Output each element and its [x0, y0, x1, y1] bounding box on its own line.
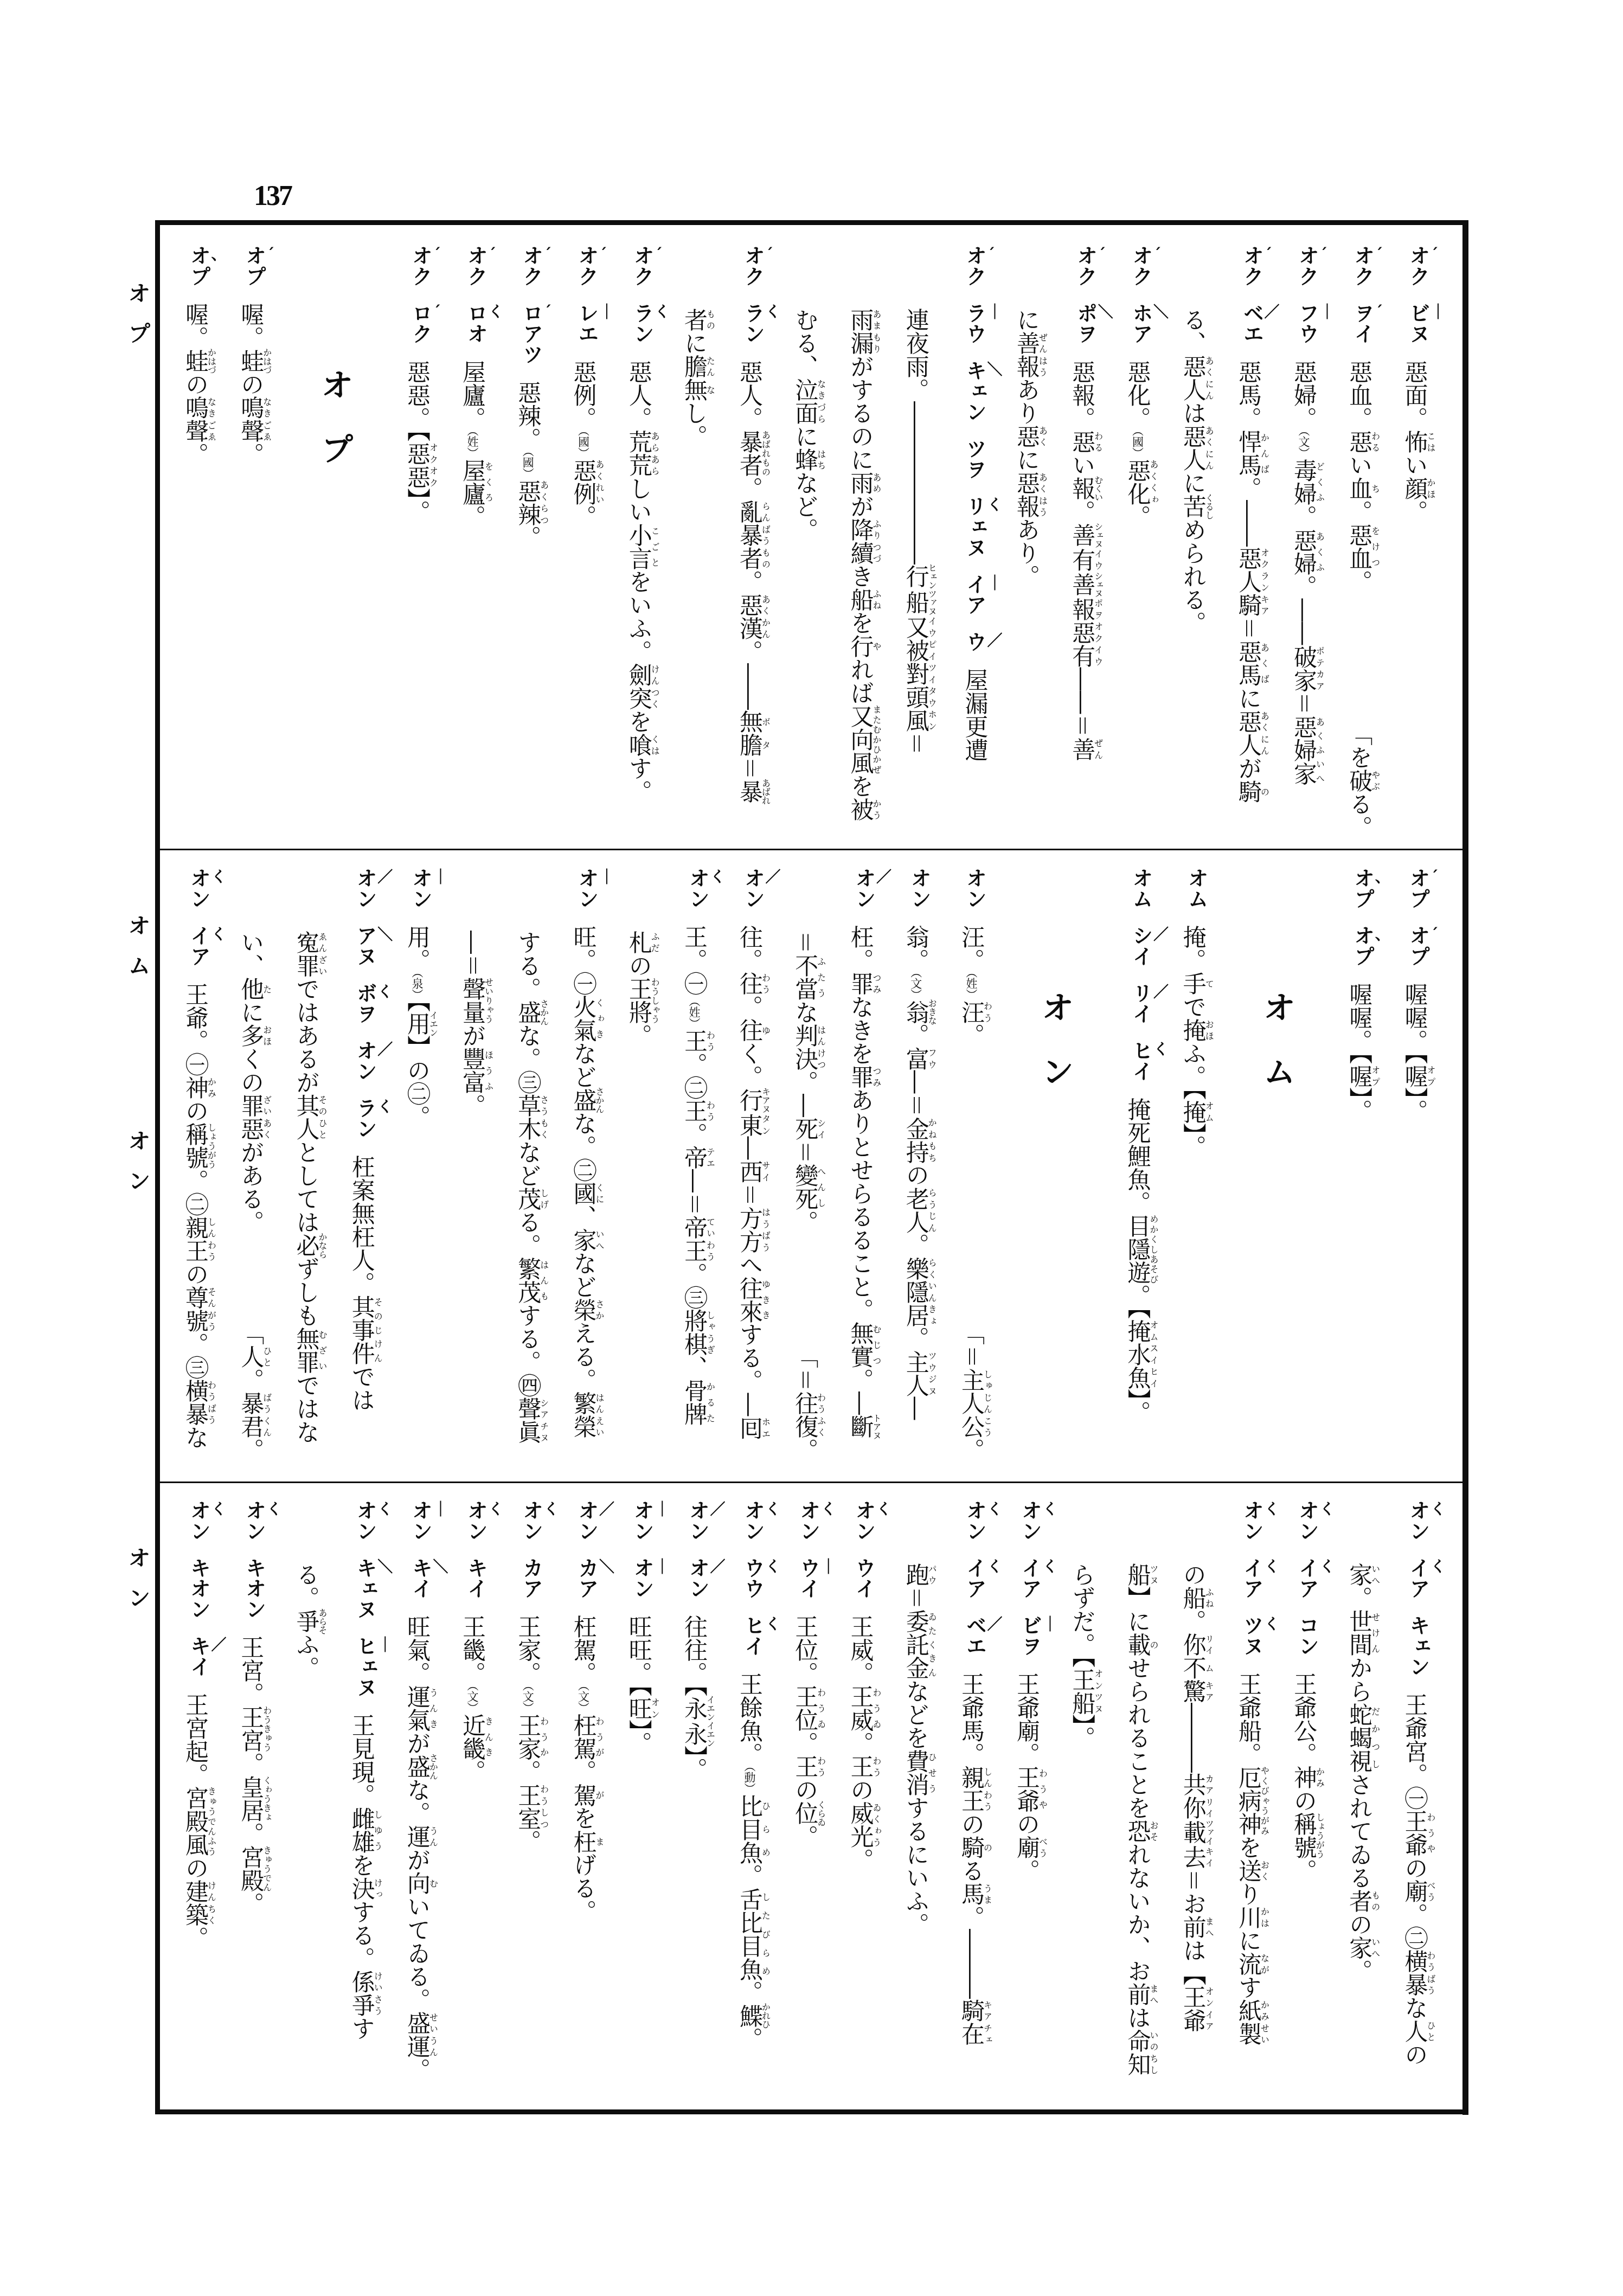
furigana: ヒェン [927, 563, 937, 589]
syllable-kana: シイ [1129, 925, 1153, 966]
furigana: けんつく [650, 663, 660, 710]
entry-text: 往。往わう。往ゆく。行キアヌ東タン―西サイ＝方方はうばうへ往來ゆききする。―囘ホ… [736, 925, 770, 1440]
tone-mark-icon: ＼ [377, 927, 393, 942]
headword-syllable: キイ＼ [409, 1557, 431, 1599]
furigana-word: 其事件そのじけん [348, 1295, 375, 1365]
furigana-word: 王オン [1179, 1985, 1207, 2009]
furigana-word: 豐富ほうふ [459, 1047, 486, 1094]
furigana: イウ [1093, 644, 1104, 668]
section-heading-glyph: ン [1042, 1056, 1074, 1088]
entry-text: 惡馬。悍馬かんば。――惡オク人ラン騎キア＝惡馬あくばに惡人あくにんが騎の [1235, 360, 1269, 803]
furigana-word: 聲量せいりゃう [459, 977, 486, 1024]
furigana-word: 往來ゆきき [736, 1277, 763, 1323]
furigana-word: 王わう [791, 1755, 818, 1778]
dictionary-entry: オンくイアくキェン王爺宮。㊀王爺わうやの廟べう。㊁横暴わうばうな人ひとの [1391, 1500, 1445, 2094]
furigana-word: 家いへ [570, 1228, 597, 1252]
furigana-word: 在チェ [958, 2022, 985, 2045]
entry-text: 喔。蛙かはづの鳴聲なきごゑ。 [237, 303, 271, 466]
furigana-word: 又イウ [902, 615, 929, 639]
furigana-word: 惡人あくにん [1235, 710, 1262, 756]
furigana: あくはう [1038, 471, 1048, 518]
headword-reading: オク´ポヲ＼ [1075, 245, 1096, 360]
furigana-word: 行や [847, 634, 874, 658]
tone-mark-icon: く [1264, 1617, 1279, 1632]
syllable-kana: キェン [963, 360, 986, 422]
syllable-kana: ラン [741, 303, 765, 344]
furigana: やぶ [1370, 769, 1381, 792]
syllable-kana: キオン [187, 1557, 211, 1619]
tone-mark-icon: ´ [433, 247, 440, 262]
furigana-word: 横暴わうばう [182, 1379, 209, 1426]
tone-mark-icon: ＼ [987, 362, 1002, 377]
furigana: の [1259, 780, 1269, 803]
furigana-word: 屋廬をくろ [459, 459, 486, 505]
dictionary-entry: オク´ラウ｜キェン＼ツヲリェヌくイア｜ウ／屋漏更遭 [947, 245, 1002, 839]
furigana-word: 恐おそ [1124, 1819, 1151, 1843]
furigana-word: 前まへ [1179, 1915, 1207, 1939]
furigana: わう [761, 972, 771, 995]
dictionary-entry: オンくイアくベエ／王爺馬。親王しんわうの騎のる馬うま。―――騎キア在チェ [947, 1500, 1002, 2094]
entry-text: 掩死鯉魚。目隱遊めかくしあそび。【掩オム水スイ魚ヒイ】。 [1124, 1098, 1158, 1424]
furigana: はんえい [594, 1391, 605, 1438]
tone-mark-icon: く [1430, 1560, 1446, 1575]
furigana-word: 其人そのひと [293, 1094, 320, 1140]
tone-mark-icon: ／ [987, 633, 1002, 649]
tone-mark-icon: ｜ [821, 1560, 836, 1575]
furigana-word: 係爭けいさう [348, 1970, 375, 2017]
furigana-word: 蜂はち [791, 448, 818, 471]
furigana: おく [1259, 1859, 1269, 1882]
headword-syllable: オンく [687, 868, 708, 909]
furigana-word: 手て [1179, 972, 1207, 995]
furigana-word: 鰈かれひ [736, 2004, 763, 2028]
tone-mark-icon: く [655, 305, 670, 320]
headword-reading: オンくキイ [465, 1500, 487, 1615]
furigana: そんがう [207, 1286, 217, 1332]
tone-mark-icon: ｜ [1043, 1617, 1058, 1632]
entry-text: 惡化。（國）惡化あくくゎ。 [1124, 360, 1158, 529]
dictionary-entry: オンくイアく王爺。㊀神かみの稱號しょうがう。㊁親王しんわうの尊號そんがう。㊂横暴… [172, 868, 226, 1461]
furigana-word: 有イウ [1068, 548, 1095, 572]
syllable-kana: イア [1406, 1557, 1430, 1599]
furigana-word: 家いへ [1345, 1936, 1372, 1959]
tone-mark-icon: く [987, 498, 1002, 513]
syllable-kana: オム [1184, 868, 1208, 909]
headword-syllable: オプ´ [1407, 925, 1429, 966]
tone-mark-icon: ｜ [987, 576, 1002, 591]
headword-reading: オン／ [742, 868, 764, 925]
furigana: ツヌ [1149, 1563, 1159, 1586]
furigana: ゆ [761, 1018, 771, 1042]
syllable-kana: オク [963, 245, 986, 286]
syllable-kana: オプ [242, 245, 266, 286]
furigana-word: 惡漢あくかん [736, 593, 763, 640]
dictionary-entry: オン／往。往わう。往ゆく。行キアヌ東タン―西サイ＝方方はうばうへ往來ゆききする。… [726, 868, 780, 1461]
furigana-word: 建築けんちく [182, 1880, 209, 1926]
furigana-word: 惡婦あくふ [1290, 529, 1317, 575]
syllable-kana: オク [575, 245, 599, 286]
syllable-kana: オン [852, 868, 876, 909]
dictionary-entry: オン翁。（文）翁おきな。富フウ―＝金持かねもちの老人らうじん。樂隱居らくいんきょ… [892, 868, 946, 1461]
tone-mark-icon: ´ [599, 247, 607, 262]
furigana: かみ [207, 1076, 217, 1099]
entry-text: 王爺宮。㊀王爺わうやの廟べう。㊁横暴わうばうな人ひとの [1401, 1693, 1435, 2066]
furigana: ヒイ [1149, 1366, 1159, 1389]
headword-syllable: オク´ [964, 245, 985, 286]
furigana-word: 行ヒェン [902, 565, 929, 589]
furigana: わうゐ [816, 1685, 826, 1731]
furigana-word: 惡わる [1345, 430, 1372, 453]
tone-mark-icon: ´ [1264, 247, 1272, 262]
entry-text: 用。（泉）【用イエン】の㊁。 [403, 925, 438, 1128]
furigana-word: 金持かねもち [902, 1117, 929, 1164]
headword-syllable: オプ´ [1407, 868, 1429, 909]
section-heading-glyph: オ [1263, 992, 1295, 1024]
furigana-word: 罪つみ [847, 972, 874, 995]
syllable-kana: イア [1018, 1557, 1042, 1599]
furigana: ポテ [1315, 645, 1325, 669]
furigana-word: 王オン [1068, 1668, 1095, 1691]
furigana-word: 騎キア [958, 1999, 985, 2022]
furigana: さかん [539, 999, 549, 1025]
syllable-kana: ビヲ [1018, 1615, 1042, 1656]
entry-text: 汪。（姓）汪わう。 [958, 925, 992, 1047]
headword-syllable: フウ｜ [1297, 303, 1318, 344]
tone-mark-icon: く [377, 985, 393, 1000]
furigana-word: 惡辣あくらつ [514, 479, 541, 526]
headword-reading: オン／ [853, 868, 875, 925]
tone-mark-icon: く [489, 305, 504, 320]
headword-syllable: キェン [1407, 1615, 1429, 1677]
entry-text: 王爺公。神かみの稱號しょうがう。 [1290, 1672, 1324, 1882]
dictionary-entry: オンくキオンキイ／王宮起。宮殿風きゅうでんふうの建築けんちく。 [172, 1500, 226, 2094]
entry-text: 家いへ。世間せけんから蛇蝎視だかつしされてゐる者ものの家いへ。 [1345, 1563, 1380, 1983]
furigana-word: 顔かほ [1401, 477, 1428, 500]
furigana-word: 盛さかん [514, 1001, 541, 1024]
furigana-word: 去キイ [1179, 1845, 1207, 1869]
syllable-kana: ツヌ [1240, 1615, 1263, 1656]
entry-text: 連夜雨。―――――――行ヒェン船ツァヌ又イウ被ピイ對ツイ頭タウ風ホン＝ [902, 308, 936, 755]
furigana-word: 近畿きんき [459, 1714, 486, 1760]
furigana-word: 神かみ [1290, 1766, 1317, 1789]
entry-text: 枉駕。（文）枉駕わうが。駕がを枉まげる。 [570, 1615, 604, 1923]
furigana: あばれもの [761, 430, 771, 477]
headword-syllable: オプ、 [1352, 925, 1374, 966]
furigana-word: 斷トアヌ [847, 1415, 874, 1440]
headword-syllable: ロアツ´ [521, 303, 542, 364]
furigana-word: 稱號しょうがう [1290, 1812, 1317, 1859]
furigana: チェ [982, 2022, 992, 2045]
syllable-kana: オン [1406, 1500, 1430, 1541]
entry-continuation: る、惡人あくにんは惡人あくにんに苦くるしめられる。 [1169, 245, 1223, 839]
headword-syllable: オンく [188, 1500, 210, 1541]
furigana-word: 爭あらそ [293, 1609, 320, 1633]
furigana-word: 無罪むざい [293, 1327, 320, 1374]
syllable-kana: オン [1240, 1500, 1263, 1541]
syllable-kana: オン [408, 1500, 432, 1541]
furigana: や [871, 634, 882, 658]
headword-reading: オンくウイ [853, 1500, 875, 1615]
syllable-kana: オン [852, 1500, 876, 1541]
headword-syllable: リェヌく [964, 496, 985, 557]
headword-reading: オク´ロオく [465, 245, 487, 360]
furigana-word: 報むくい [1068, 477, 1095, 500]
entry-continuation: る。爭あらそふ。 [283, 1500, 337, 2094]
furigana-word: 變死へんし [791, 1164, 818, 1210]
furigana-word: 永イエン [681, 1721, 708, 1746]
furigana: かはづ [262, 348, 272, 374]
dictionary-entry: オク´ロク´惡惡。【惡オク惡オク】。 [393, 245, 447, 839]
syllable-kana: オム [1129, 868, 1153, 909]
furigana: タ [761, 733, 771, 756]
furigana: まへ [1204, 1915, 1214, 1939]
furigana-word: 爺イア [1179, 2009, 1207, 2032]
furigana-word: 火氣くゎき [570, 995, 597, 1042]
furigana-word: 掩オム [1179, 1100, 1207, 1124]
syllable-kana: レエ [575, 303, 599, 344]
tone-mark-icon: 、 [1375, 870, 1390, 885]
syllable-kana: オク [1074, 245, 1098, 286]
furigana: きゅうでんふう [207, 1786, 217, 1856]
band-divider [160, 1482, 1462, 1483]
headword-syllable: オンく [465, 1500, 487, 1541]
furigana: かう [871, 798, 882, 821]
syllable-kana: コン [1295, 1615, 1319, 1656]
furigana-word: 船ふね [1179, 1586, 1207, 1609]
furigana-word: 惡オク [1068, 621, 1095, 644]
furigana: あくれい [594, 459, 605, 505]
furigana-word: 善報ぜんはう [1013, 331, 1040, 378]
headword-syllable: オン／ [687, 1500, 708, 1541]
tone-mark-icon: く [766, 1617, 781, 1632]
furigana-word: 暴者あばれもの [736, 430, 763, 477]
syllable-kana: オク [408, 245, 432, 286]
furigana-word: 破ポテ [1290, 645, 1317, 669]
headword-syllable: オク´ [1407, 245, 1429, 286]
furigana-word: 盛さかん [403, 1755, 431, 1778]
syllable-kana: オン [907, 868, 931, 909]
furigana: あらあら [650, 430, 660, 477]
furigana: やくびゃうがみ [1259, 1766, 1269, 1836]
furigana-word: 世間せけん [1345, 1609, 1372, 1656]
section-heading: オン [1034, 992, 1082, 1088]
furigana-word: 判決はんけつ [791, 1024, 818, 1070]
dictionary-entry: オンくカア王家。（文）王家わうか。王室わうしつ。 [504, 1500, 559, 2094]
furigana-word: 西サイ [736, 1160, 763, 1183]
furigana: の [1149, 1633, 1159, 1656]
headword-reading: オン｜ [576, 868, 598, 925]
headword-syllable: ランく [742, 303, 764, 344]
headword-reading: オク´ホア＼ [1130, 245, 1152, 360]
furigana: かは [1259, 1906, 1269, 1929]
tone-mark-icon: ｜ [433, 870, 448, 885]
headword-syllable: ロク´ [409, 303, 431, 344]
headword-reading: オンく [687, 868, 708, 925]
furigana: らくいんきょ [927, 1257, 937, 1327]
tone-mark-icon: ／ [1153, 927, 1169, 942]
dictionary-entry: オク´レエ｜惡例。（國）惡例あくれい。 [560, 245, 614, 839]
syllable-kana: ラウ [963, 303, 986, 344]
tone-mark-icon: く [821, 1502, 836, 1517]
tone-mark-icon: ´ [1098, 247, 1106, 262]
headword-syllable: コン [1297, 1615, 1318, 1656]
headword-reading: オプ´オプ´ [1407, 868, 1429, 983]
tone-mark-icon: ｜ [433, 1502, 448, 1517]
headword-reading: オン｜オン｜ [631, 1500, 653, 1615]
headword-syllable: オン／ [354, 1040, 376, 1081]
furigana-word: 暴君ばうくん [237, 1391, 264, 1438]
furigana: しゃうぎ [705, 1309, 715, 1356]
furigana-word: 雌雄しゆう [348, 1807, 375, 1854]
tone-mark-icon: く [1043, 1560, 1058, 1575]
furigana-word: 老人らうじん [902, 1187, 929, 1234]
furigana: かんば [1259, 430, 1269, 477]
furigana: オク [428, 465, 438, 489]
furigana: ホン [927, 709, 937, 732]
furigana: くは [650, 733, 660, 756]
usage-label: （姓） [688, 995, 701, 1029]
entry-text: 王爺馬。親王しんわうの騎のる馬うま。―――騎キア在チェ [958, 1672, 992, 2045]
furigana: したびらめ [761, 1888, 771, 1981]
furigana: イエン [705, 1721, 715, 1747]
headword-syllable: オン｜ [409, 1500, 431, 1541]
furigana: おほ [262, 1024, 272, 1047]
syllable-kana: オプ [1406, 925, 1430, 966]
headword-syllable: ツヲ [964, 438, 985, 479]
furigana: なが [1259, 1952, 1269, 1976]
headword-syllable: オン／ [354, 868, 376, 909]
furigana-word: 船ふね [847, 588, 874, 611]
furigana: ゆきき [761, 1277, 771, 1323]
headword-syllable: ビヌ｜ [1407, 303, 1429, 344]
entry-tail-fragment: 「＝主人公しゅじんこう。 [958, 1322, 992, 1461]
furigana: おそ [1149, 1819, 1159, 1843]
headword-syllable: ヒェヌ｜ [354, 1636, 376, 1697]
tone-mark-icon: く [876, 1502, 891, 1517]
entry-text: 枉案無枉人。其事件そのじけんでは [348, 1155, 382, 1412]
furigana: せけん [1370, 1609, 1381, 1656]
furigana-word: 行キアヌ [736, 1088, 763, 1113]
headword-syllable: イアく [964, 1557, 985, 1599]
furigana: わる [1370, 430, 1381, 453]
furigana: フウ [927, 1047, 937, 1070]
furigana-word: 掩おほ [1179, 1018, 1207, 1042]
furigana-word: 宮殿きゅうでん [237, 1845, 264, 1892]
furigana-word: 宮殿風きゅうでんふう [182, 1786, 209, 1856]
tone-mark-icon: ´ [489, 247, 496, 262]
syllable-kana: ツヲ [963, 438, 986, 479]
furigana: かみ [1315, 1766, 1325, 1789]
syllable-kana: オン [963, 1500, 986, 1541]
entry-text: 旺。㊀火氣くゎきなど盛さかんな。㊁國くに、家いへなど榮さかえる。繁榮はんえい [570, 925, 604, 1438]
headword-syllable: ヒイく [1130, 1040, 1152, 1081]
furigana: オク [1259, 547, 1269, 570]
headword-syllable: キオン [188, 1557, 210, 1619]
usage-label: （文） [909, 972, 922, 1001]
furigana: はち [816, 448, 826, 471]
syllable-kana: オク [1295, 245, 1319, 286]
entry-text: 惡人。荒荒あらあらしい小言こごとをいふ。劍突けんつくを喰くはす。 [625, 360, 659, 803]
furigana-word: 王わう [847, 1755, 874, 1778]
furigana: テエ [705, 1146, 715, 1169]
headword-reading: オク´ロアツ´ [521, 245, 542, 381]
furigana-word: 王わう [681, 1099, 708, 1123]
syllable-kana: ホア [1129, 303, 1153, 344]
headword-syllable: オク´ [742, 245, 764, 286]
dictionary-entry: オンくキイ王畿。（文）近畿きんき。 [449, 1500, 503, 2094]
entry-text: 掩。手てで掩おほふ。【掩オム】。 [1179, 925, 1214, 1158]
furigana-word: 船ツヌ [1124, 1563, 1151, 1586]
furigana: けんちく [207, 1880, 217, 1926]
tone-mark-icon: 、 [1375, 927, 1390, 942]
tone-mark-icon: く [766, 1560, 781, 1575]
syllable-kana: オン [685, 1557, 709, 1599]
furigana-word: 共カア [1179, 1773, 1207, 1796]
entry-text: する。盛さかんな。㊂草木さうもくなど茂しげる。繁茂はんもする。㊃聲シア眞チヌ [514, 931, 548, 1444]
dictionary-entry: オン／枉。罪つみなきを罪つみありとせらるること。無實むじつ。―斷トアヌ [837, 868, 891, 1461]
tone-mark-icon: く [1320, 1502, 1335, 1517]
usage-label: （文） [466, 1685, 479, 1714]
furigana-word: 荒荒あらあら [625, 430, 652, 477]
headword-syllable: キイ／ [188, 1636, 210, 1677]
entry-continuation: 家いへ。世間せけんから蛇蝎視だかつしされてゐる者ものの家いへ。 [1336, 1500, 1390, 2094]
furigana: またむかひかぜ [871, 704, 882, 774]
entry-text: 惡辣。（國）惡辣あくらつ。 [514, 381, 548, 549]
furigana: ていわう [705, 1216, 715, 1262]
furigana: が [594, 1784, 605, 1807]
furigana-word: 有イウ [1068, 644, 1095, 668]
syllable-kana: オプ [1351, 868, 1375, 909]
furigana-word: 頭タウ [902, 685, 929, 709]
syllable-kana: リイ [1129, 983, 1153, 1024]
furigana-word: 人ジヌ [902, 1374, 929, 1397]
furigana-word: 多おほ [237, 1024, 264, 1047]
headword-syllable: オプ、 [188, 245, 210, 286]
tone-mark-icon: ＼ [377, 1560, 393, 1575]
section-heading-glyph: オ [322, 370, 353, 401]
furigana-word: 蛙かはづ [182, 349, 209, 373]
furigana-word: 惡血をけつ [1345, 523, 1372, 570]
entry-text: 喔喔。【喔オプ】。 [1401, 983, 1435, 1123]
page-frame-bottom-border [155, 2109, 1468, 2114]
headword-reading: オンくキェヌ＼ヒェヌ｜ [354, 1500, 376, 1714]
headword-syllable: オンく [521, 1500, 542, 1541]
entry-text: 屋廬。（姓）屋廬をくろ。 [459, 360, 493, 529]
syllable-kana: ヒェヌ [353, 1636, 377, 1697]
headword-syllable: オク´ [1130, 245, 1152, 286]
furigana-word: 骨牌かるた [681, 1379, 708, 1426]
furigana-word: 王宮わうきゅう [237, 1705, 264, 1752]
tone-mark-icon: ／ [876, 870, 891, 885]
furigana-word: 委託金ゐたくきん [902, 1609, 929, 1679]
tone-mark-icon: く [211, 1502, 227, 1517]
headword-syllable: オク´ [1075, 245, 1096, 286]
tone-mark-icon: ／ [987, 1617, 1002, 1632]
furigana-word: 榮さか [570, 1298, 597, 1322]
syllable-kana: ウイ [852, 1557, 876, 1599]
tone-mark-icon: く [377, 1502, 393, 1517]
syllable-kana: キェヌ [353, 1557, 377, 1619]
headword-reading: オプ´ [243, 245, 265, 303]
furigana: キイ [1204, 1845, 1214, 1869]
band-divider [160, 849, 1462, 850]
furigana: いのちし [1149, 2029, 1159, 2076]
headword-syllable: オン [908, 868, 930, 909]
furigana: あくふ [1315, 529, 1325, 575]
dictionary-entry: オン｜オン｜旺旺。【旺オン】。 [615, 1500, 669, 2094]
headword-syllable: オンく [1241, 1500, 1262, 1541]
furigana: ポヲ [1093, 598, 1104, 621]
